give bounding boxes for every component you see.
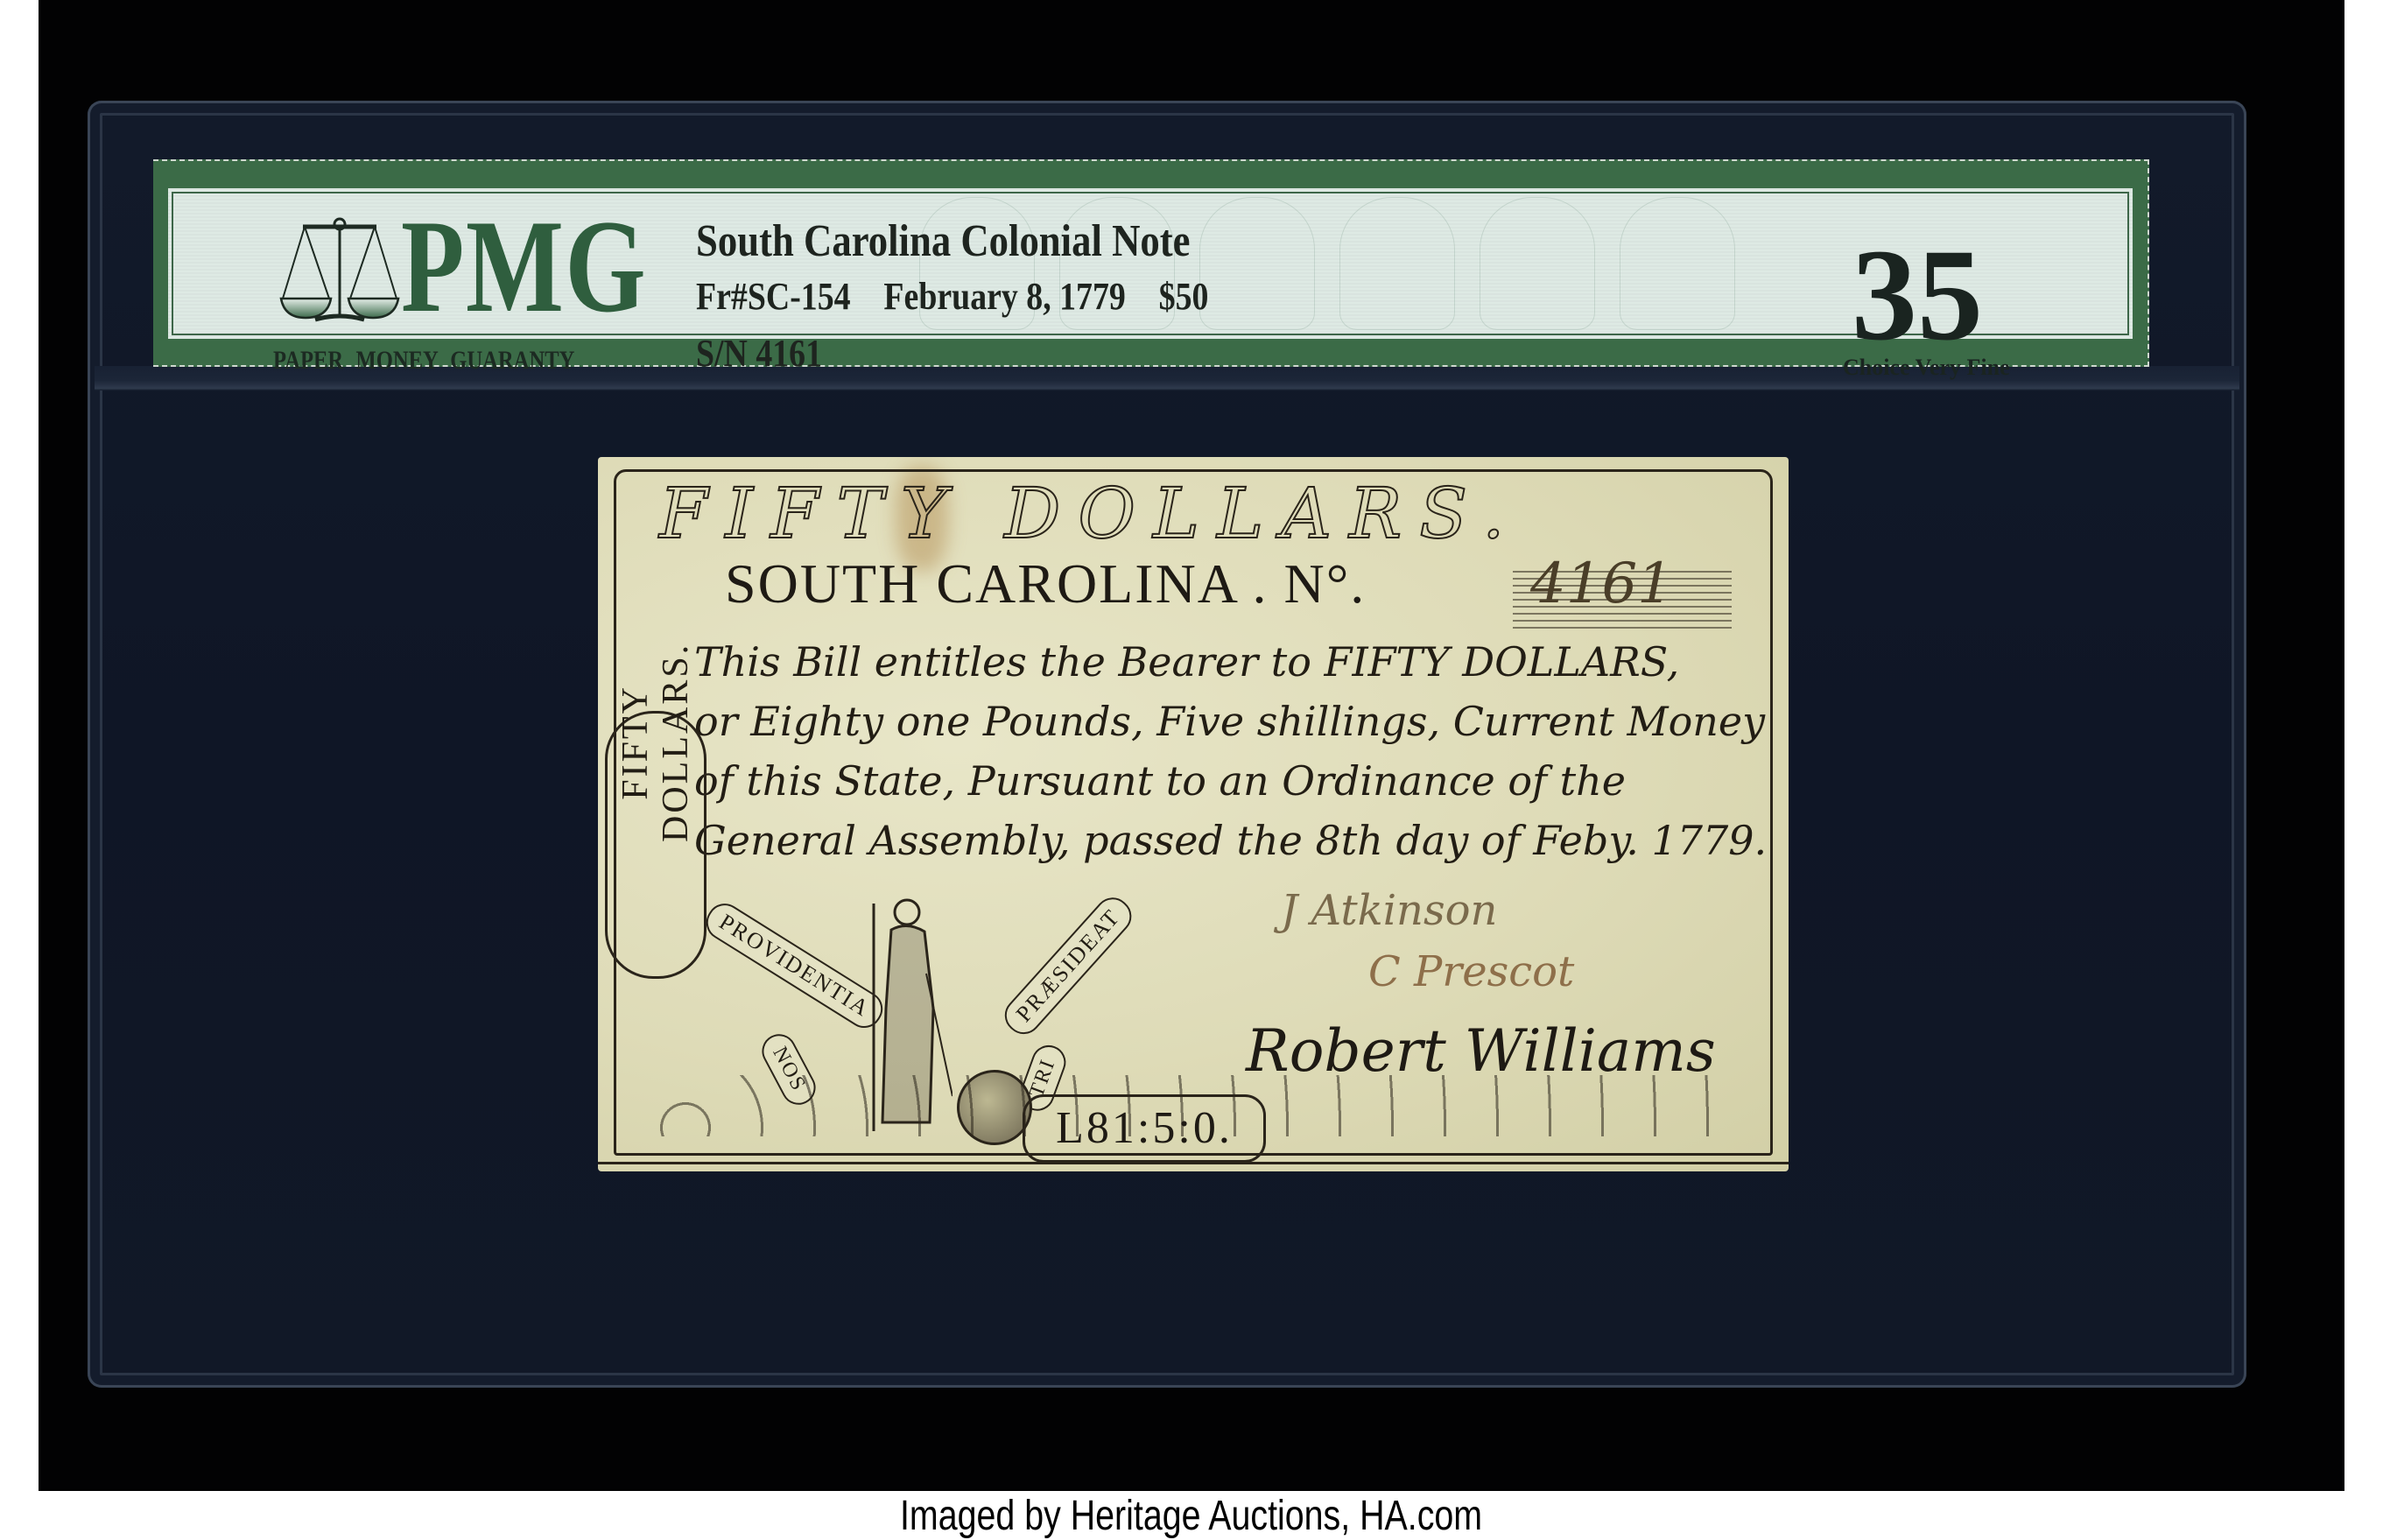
grade-number: 35 (1852, 229, 1983, 361)
note-state-name: SOUTH CAROLINA . N°. (725, 552, 1366, 616)
scales-of-justice-icon (278, 214, 401, 328)
note-body-line: of this State, Pursuant to an Ordinance … (694, 751, 1767, 811)
note-bottom-rule (598, 1162, 1789, 1164)
catalog-number: Fr#SC-154 (696, 275, 851, 318)
note-body-line: General Assembly, passed the 8th day of … (694, 811, 1767, 870)
note-body-line: or Eighty one Pounds, Five shillings, Cu… (694, 692, 1767, 751)
pmg-full-name: PAPER MONEY GUARANTY (273, 346, 574, 376)
note-details: Fr#SC-154 February 8, 1779 $50 (696, 274, 1208, 319)
watermark-scale (1339, 197, 1455, 330)
watermark-scale (1480, 197, 1595, 330)
denomination: $50 (1159, 275, 1209, 318)
serial-number: S/N 4161 (696, 331, 822, 376)
signature-1: J Atkinson (1281, 886, 1497, 935)
note-value-box: L81:5:0. (1023, 1094, 1266, 1163)
watermark-scale (1199, 197, 1315, 330)
note-body-text: This Bill entitles the Bearer to FIFTY D… (694, 632, 1767, 870)
banknote: FIFTY DOLLARS. SOUTH CAROLINA . N°. 4161… (598, 457, 1789, 1171)
issue-date: February 8, 1779 (883, 275, 1125, 318)
note-body-line: This Bill entitles the Bearer to FIFTY D… (694, 632, 1767, 692)
note-serial: 4161 (1530, 552, 1673, 616)
signature-2: C Prescot (1368, 947, 1574, 996)
pmg-logo: PMG (401, 200, 647, 333)
side-panel-text: FIFTY DOLLARS. (615, 643, 696, 842)
image-credit: Imaged by Heritage Auctions, HA.com (0, 1492, 2383, 1540)
note-script-header: FIFTY DOLLARS. (659, 473, 1522, 554)
grade-description: Choice Very Fine (1843, 355, 2010, 381)
signature-3: Robert Williams (1246, 1017, 1716, 1085)
note-title: South Carolina Colonial Note (696, 215, 1190, 267)
watermark-scale (1620, 197, 1735, 330)
image-credit-text: Imaged by Heritage Auctions, HA.com (900, 1492, 1482, 1540)
